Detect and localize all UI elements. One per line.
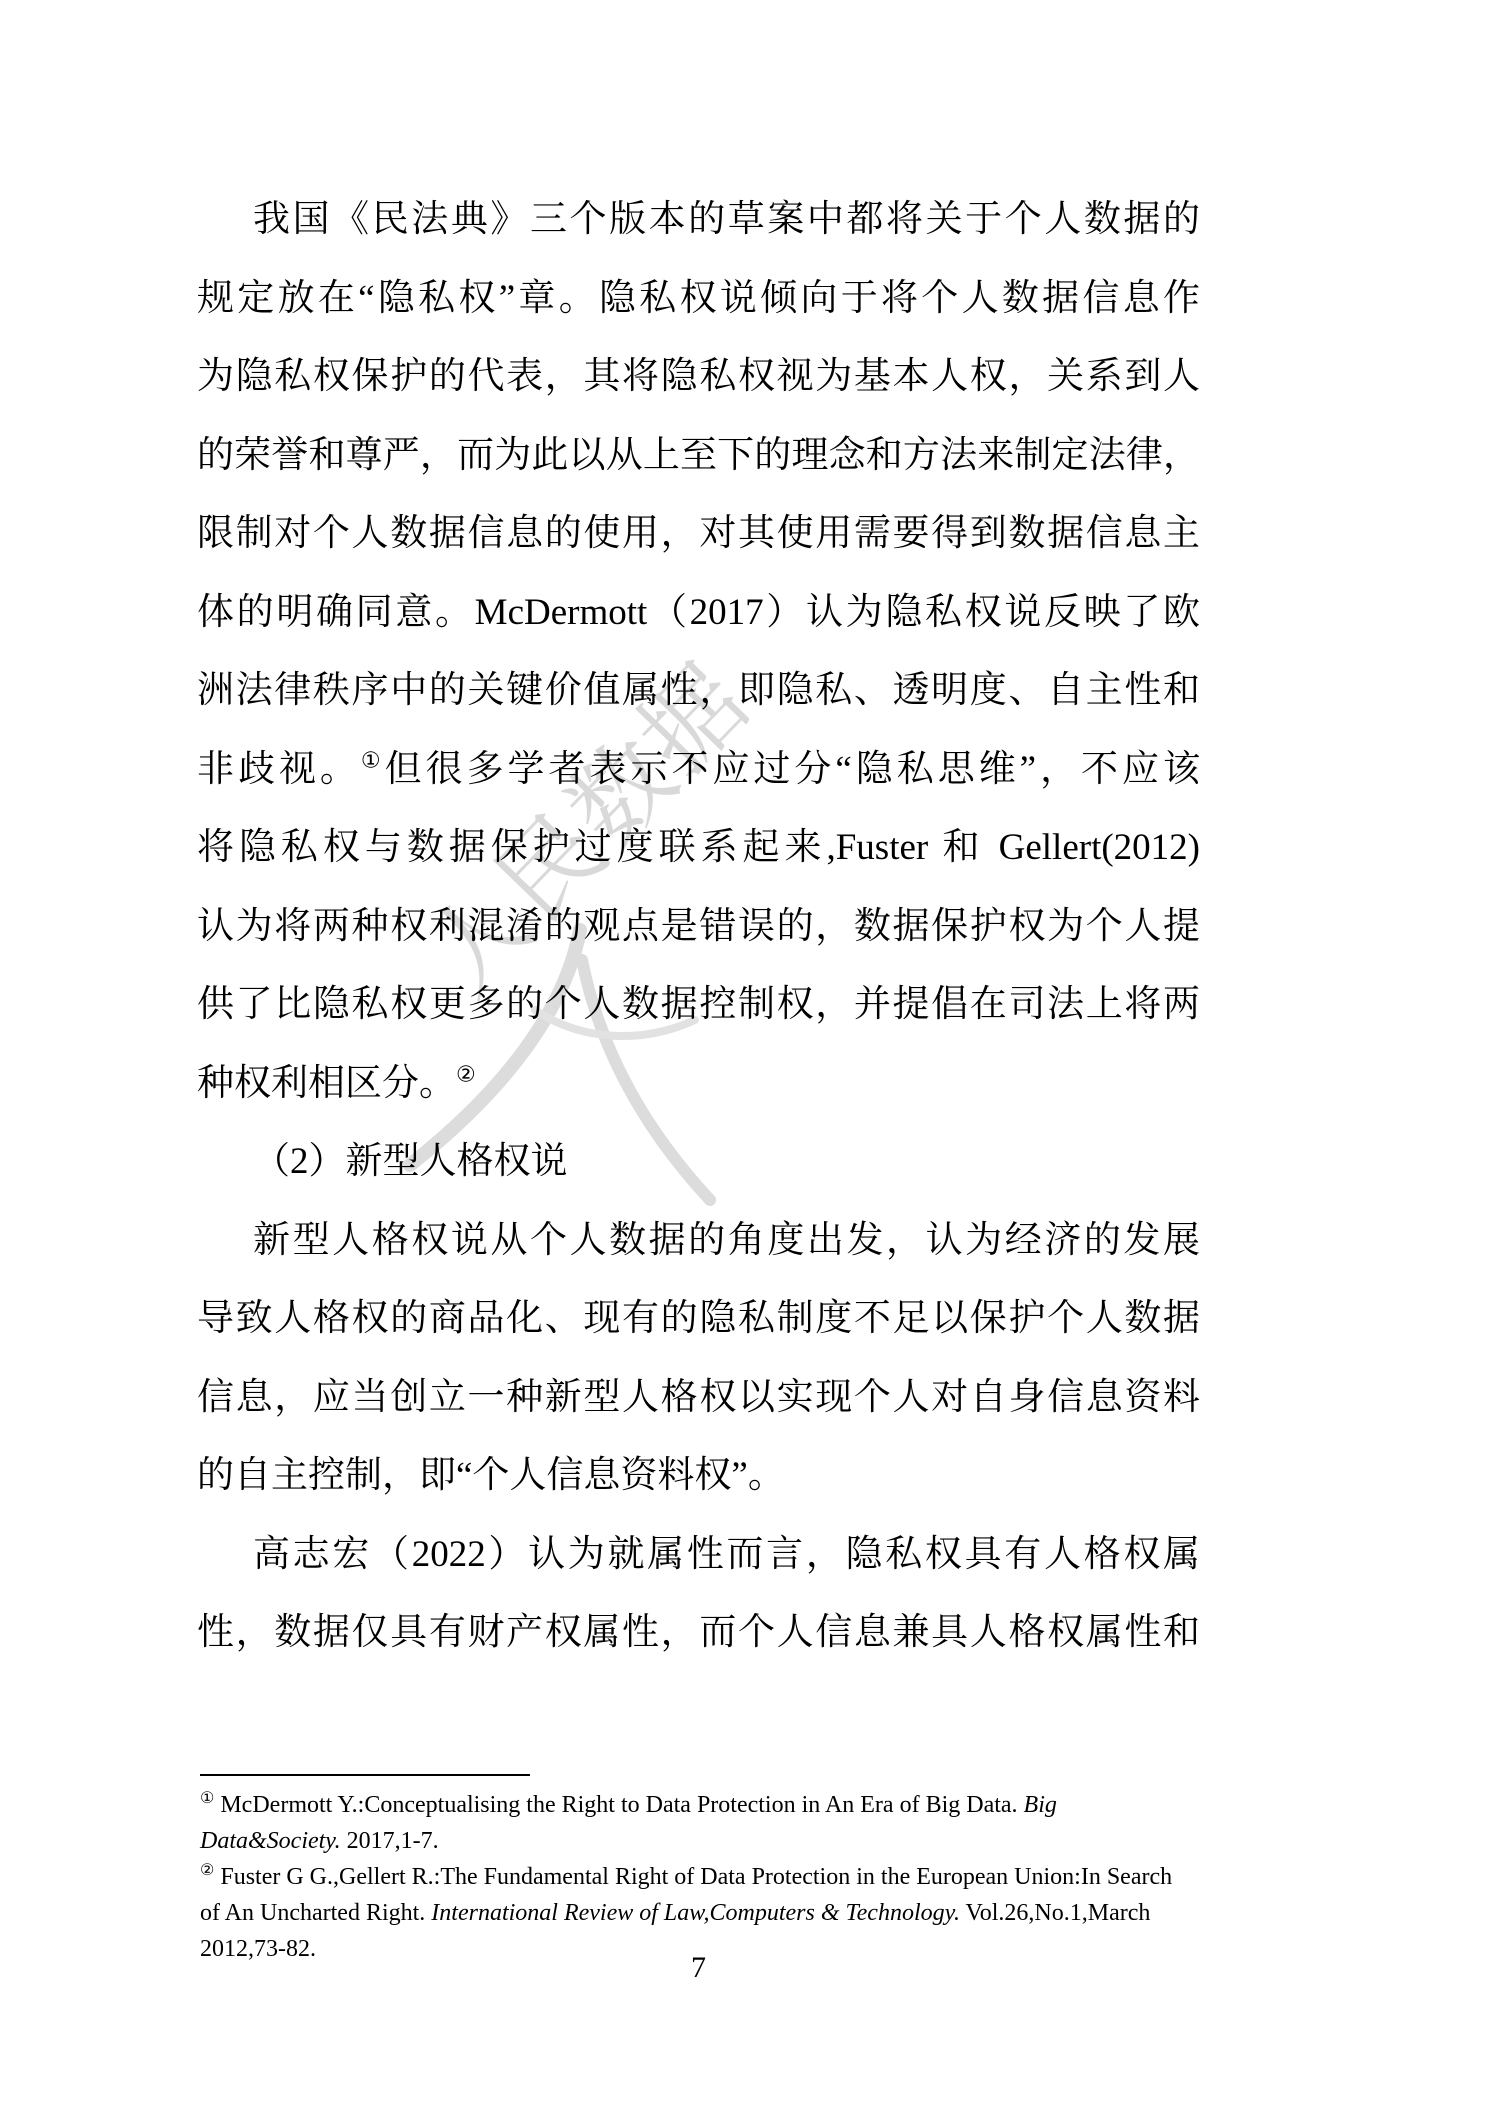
footnote-ref-marker: ① <box>200 1790 214 1807</box>
footnote-line: Data&Society. 2017,1-7. <box>200 1823 1200 1859</box>
text-segment: 限制对个人数据信息的使用，对其使用需要得到数据信息主 <box>197 513 1200 554</box>
text-segment: International Review of Law,Computers & … <box>431 1900 960 1926</box>
footnote-line: of An Uncharted Right. International Rev… <box>200 1895 1200 1931</box>
text-segment: 洲法律秩序中的关键价值属性，即隐私、透明度、自主性和 <box>197 670 1200 711</box>
text-segment: Vol.26,No.1,March <box>960 1900 1150 1926</box>
footnote-line: ② Fuster G G.,Gellert R.:The Fundamental… <box>200 1859 1200 1895</box>
text-segment: （2）新型人格权说 <box>253 1141 568 1182</box>
text-segment: 新型人格权说从个人数据的角度出发，认为经济的发展 <box>253 1220 1200 1261</box>
body-line: 新型人格权说从个人数据的角度出发，认为经济的发展 <box>197 1202 1200 1281</box>
text-segment: 的荣誉和尊严，而为此以从上至下的理念和方法来制定法律， <box>197 435 1200 476</box>
footnote-ref-marker: ② <box>200 1862 214 1879</box>
text-segment: 我国《民法典》三个版本的草案中都将关于个人数据的 <box>253 199 1200 240</box>
text-segment: of An Uncharted Right. <box>200 1900 431 1926</box>
footnote-line: ① McDermott Y.:Conceptualising the Right… <box>200 1787 1200 1823</box>
page-number: 7 <box>197 1948 1200 1988</box>
text-segment: 规定放在“隐私权”章。隐私权说倾向于将个人数据信息作 <box>197 278 1200 319</box>
footnote-ref-marker: ① <box>361 747 385 772</box>
body-text: 我国《民法典》三个版本的草案中都将关于个人数据的规定放在“隐私权”章。隐私权说倾… <box>197 181 1200 1673</box>
body-line: 我国《民法典》三个版本的草案中都将关于个人数据的 <box>197 181 1200 260</box>
text-segment: 的自主控制，即“个人信息资料权”。 <box>197 1455 785 1496</box>
body-line: 的荣誉和尊严，而为此以从上至下的理念和方法来制定法律， <box>197 417 1200 496</box>
text-segment: 高志宏（2022）认为就属性而言，隐私权具有人格权属 <box>253 1534 1200 1575</box>
text-segment: 但很多学者表示不应过分“隐私思维”，不应该 <box>385 749 1200 790</box>
body-line: 为隐私权保护的代表，其将隐私权视为基本人权，关系到人 <box>197 338 1200 417</box>
text-segment: 性，数据仅具有财产权属性，而个人信息兼具人格权属性和 <box>197 1612 1200 1653</box>
footnotes: ① McDermott Y.:Conceptualising the Right… <box>200 1787 1200 1967</box>
body-line: 规定放在“隐私权”章。隐私权说倾向于将个人数据信息作 <box>197 260 1200 339</box>
body-line: （2）新型人格权说 <box>197 1123 1200 1202</box>
text-segment: 导致人格权的商品化、现有的隐私制度不足以保护个人数据 <box>197 1298 1200 1339</box>
body-line: 导致人格权的商品化、现有的隐私制度不足以保护个人数据 <box>197 1280 1200 1359</box>
text-segment: 将隐私权与数据保护过度联系起来,Fuster 和 Gellert(2012) <box>197 827 1200 868</box>
body-line: 体的明确同意。McDermott（2017）认为隐私权说反映了欧 <box>197 574 1200 653</box>
text-segment: 2017,1-7. <box>341 1828 439 1854</box>
text-segment: 信息，应当创立一种新型人格权以实现个人对自身信息资料 <box>197 1377 1200 1418</box>
text-segment: Data&Society. <box>200 1828 341 1854</box>
text-segment: Fuster G G.,Gellert R.:The Fundamental R… <box>214 1864 1172 1890</box>
text-segment: 为隐私权保护的代表，其将隐私权视为基本人权，关系到人 <box>197 356 1200 397</box>
text-segment: McDermott Y.:Conceptualising the Right t… <box>214 1792 1023 1818</box>
body-line: 性，数据仅具有财产权属性，而个人信息兼具人格权属性和 <box>197 1594 1200 1673</box>
body-line: 种权利相区分。② <box>197 1045 1200 1124</box>
text-segment: Big <box>1024 1792 1057 1818</box>
body-line: 的自主控制，即“个人信息资料权”。 <box>197 1437 1200 1516</box>
body-line: 限制对个人数据信息的使用，对其使用需要得到数据信息主 <box>197 495 1200 574</box>
footnote-separator <box>200 1774 530 1776</box>
document-page: 人民数据 我国《民法典》三个版本的草案中都将关于个人数据的规定放在“隐私权”章。… <box>0 0 1500 2121</box>
text-segment: 种权利相区分。 <box>197 1063 456 1104</box>
body-line: 信息，应当创立一种新型人格权以实现个人对自身信息资料 <box>197 1359 1200 1438</box>
footnote-ref-marker: ② <box>456 1061 476 1086</box>
text-segment: 供了比隐私权更多的个人数据控制权，并提倡在司法上将两 <box>197 984 1200 1025</box>
text-segment: 认为将两种权利混淆的观点是错误的，数据保护权为个人提 <box>197 906 1200 947</box>
text-segment: 非歧视。 <box>197 749 361 790</box>
body-line: 认为将两种权利混淆的观点是错误的，数据保护权为个人提 <box>197 888 1200 967</box>
body-line: 高志宏（2022）认为就属性而言，隐私权具有人格权属 <box>197 1516 1200 1595</box>
body-line: 非歧视。①但很多学者表示不应过分“隐私思维”，不应该 <box>197 731 1200 810</box>
body-line: 将隐私权与数据保护过度联系起来,Fuster 和 Gellert(2012) <box>197 809 1200 888</box>
text-segment: 体的明确同意。McDermott（2017）认为隐私权说反映了欧 <box>197 592 1200 633</box>
body-line: 供了比隐私权更多的个人数据控制权，并提倡在司法上将两 <box>197 966 1200 1045</box>
body-line: 洲法律秩序中的关键价值属性，即隐私、透明度、自主性和 <box>197 652 1200 731</box>
